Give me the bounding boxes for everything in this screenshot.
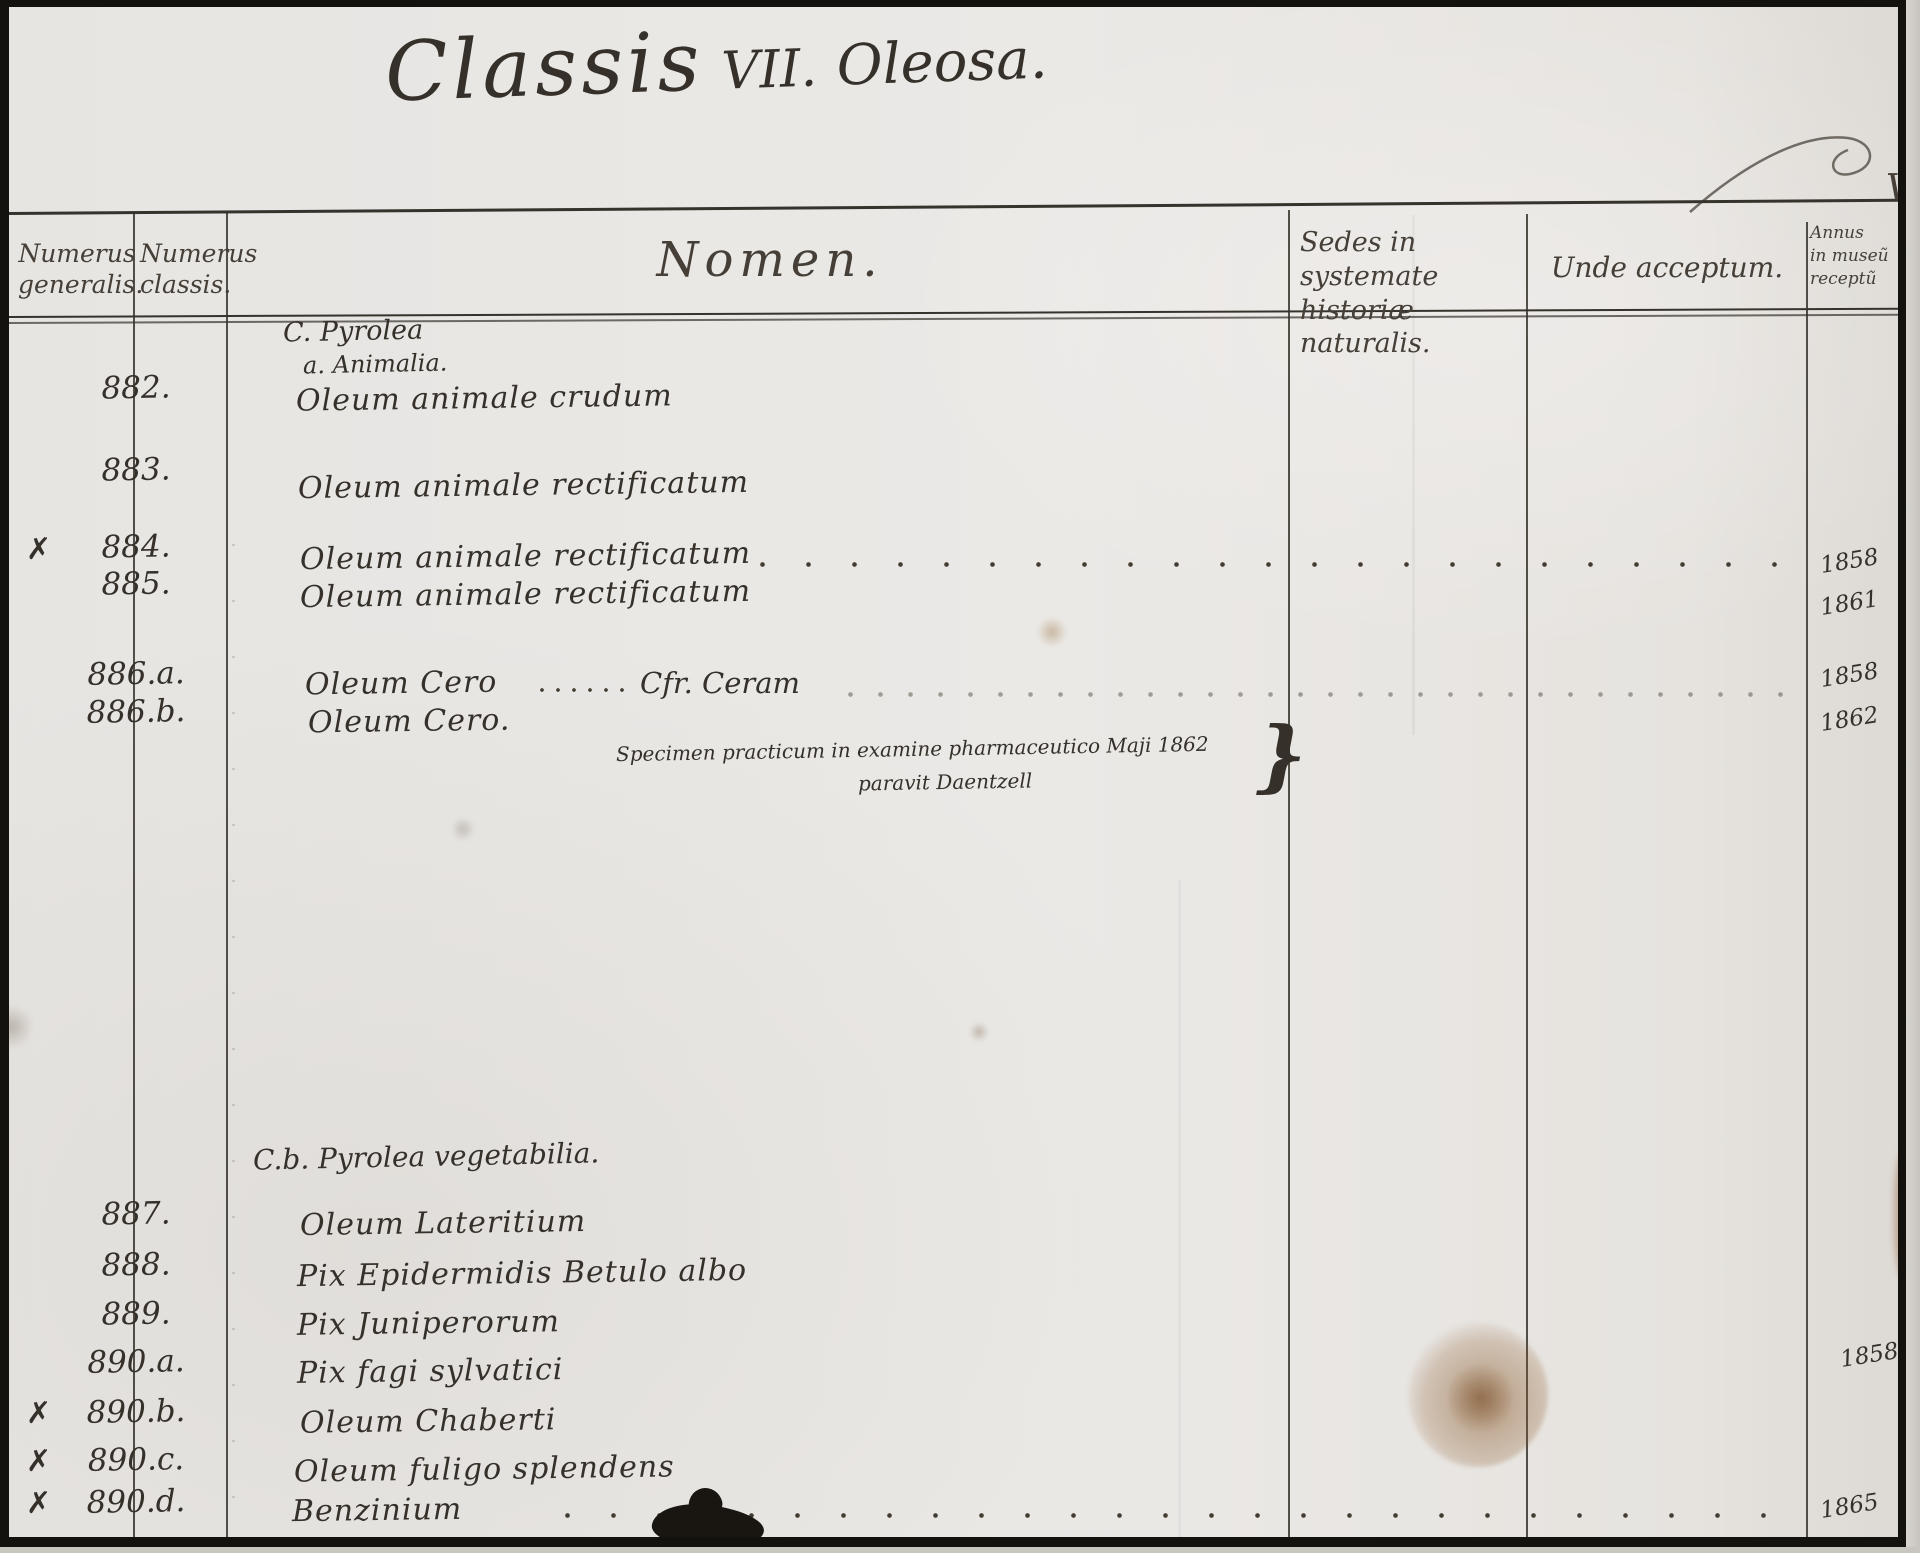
annotation-brace: } — [1256, 710, 1306, 801]
ledger-page: ClassisVII.Oleosa. Numerus generalis. Nu… — [0, 0, 1920, 1553]
below-frame-strip — [0, 1547, 1920, 1553]
dotted-rule — [232, 1384, 1896, 1386]
col-divider-2 — [226, 212, 228, 1540]
leader-dots — [760, 562, 1798, 567]
dotted-rule — [232, 1160, 1896, 1162]
dotted-rule — [232, 1440, 1896, 1442]
section-label: C.b. Pyrolea vegetabilia. — [253, 1136, 600, 1176]
row-name: Oleum Cero. — [308, 703, 511, 741]
dotted-rule — [232, 1272, 1896, 1274]
row-number: 885. — [46, 564, 227, 603]
photo-frame-right — [1898, 0, 1906, 1553]
dotted-rule — [232, 600, 1896, 602]
row-note: Cfr. Ceram — [640, 666, 800, 700]
section-label: C. Pyrolea — [283, 315, 424, 349]
row-name: Oleum Chaberti — [300, 1402, 557, 1441]
leader-dots-small — [540, 688, 632, 692]
pen-flourish — [1680, 128, 1890, 218]
dotted-rule — [232, 824, 1896, 826]
row-name: Pix Juniperorum — [297, 1304, 560, 1343]
dotted-rule — [232, 656, 1896, 658]
dotted-rule — [232, 1104, 1896, 1106]
dotted-rule — [232, 880, 1896, 882]
paper-crease — [1412, 215, 1415, 735]
col-divider-3 — [1288, 210, 1290, 1540]
col-divider-1 — [133, 212, 135, 1540]
row-number: 889. — [46, 1294, 227, 1333]
header-numerus-classis: Numerus classis. — [140, 238, 228, 301]
photo-frame-top — [0, 0, 1920, 7]
dotted-rule — [232, 936, 1896, 938]
row-name: Oleum Lateritium — [300, 1204, 587, 1243]
photo-frame-bottom — [0, 1537, 1920, 1547]
annotation-line: Specimen practicum in examine pharmaceut… — [616, 732, 1209, 766]
header-nomen: Nomen. — [560, 230, 980, 290]
page-fold-strip — [1906, 0, 1920, 1553]
stain-small-brown — [1035, 618, 1069, 646]
header-sedes: Sedes in systemate historiæ naturalis. — [1296, 226, 1526, 361]
row-name: Oleum animale crudum — [296, 378, 673, 418]
row-number: 887. — [46, 1194, 227, 1233]
dotted-rule — [232, 992, 1896, 994]
leader-dots — [848, 692, 1795, 697]
col-divider-4 — [1526, 214, 1528, 1540]
title-oleosa: Oleosa. — [836, 26, 1049, 98]
row-name: Oleum Cero — [305, 665, 498, 703]
dotted-rule — [232, 1496, 1896, 1498]
row-name: Oleum fuligo splendens — [294, 1449, 675, 1489]
row-number: 888. — [46, 1245, 227, 1284]
photo-frame-left — [0, 0, 9, 1553]
dotted-rule — [232, 544, 1896, 546]
row-number: 886.a. — [46, 654, 227, 693]
row-number: 890.b. — [46, 1392, 227, 1431]
row-number: 884. — [46, 527, 227, 566]
stain-large-brown-core — [1448, 1360, 1512, 1436]
row-name: Oleum animale rectificatum — [300, 536, 751, 577]
row-number: 890.d. — [46, 1482, 227, 1521]
row-number: 890.a. — [46, 1342, 227, 1381]
table-top-rule — [9, 199, 1898, 215]
header-unde-acceptum: Unde acceptum. — [1532, 250, 1802, 285]
section-label: a. Animalia. — [303, 348, 448, 379]
row-number: 882. — [46, 368, 227, 407]
row-name: Oleum animale rectificatum — [298, 465, 749, 506]
header-numerus-generalis: Numerus generalis. — [18, 238, 136, 301]
dotted-rule — [232, 712, 1896, 714]
dotted-rule — [232, 1216, 1896, 1218]
stain-small-mid — [968, 1022, 990, 1042]
dotted-rule — [232, 1048, 1896, 1050]
row-number: 886.b. — [46, 692, 227, 731]
row-number: 883. — [46, 450, 227, 489]
dotted-rule — [232, 1328, 1896, 1330]
header-annus: Annus in museũ receptũ — [1810, 222, 1898, 291]
annotation-line: paravit Daentzell — [858, 768, 1033, 795]
dotted-rule — [232, 768, 1896, 770]
row-name: Oleum animale rectificatum — [300, 574, 751, 615]
smudge-gray — [450, 818, 476, 840]
title-classis: Classis — [384, 14, 705, 120]
paper-crease — [1178, 880, 1181, 1540]
title-number: VII. — [721, 39, 818, 102]
page-title: ClassisVII.Oleosa. — [384, 2, 1049, 120]
row-number: 890.c. — [46, 1440, 227, 1479]
